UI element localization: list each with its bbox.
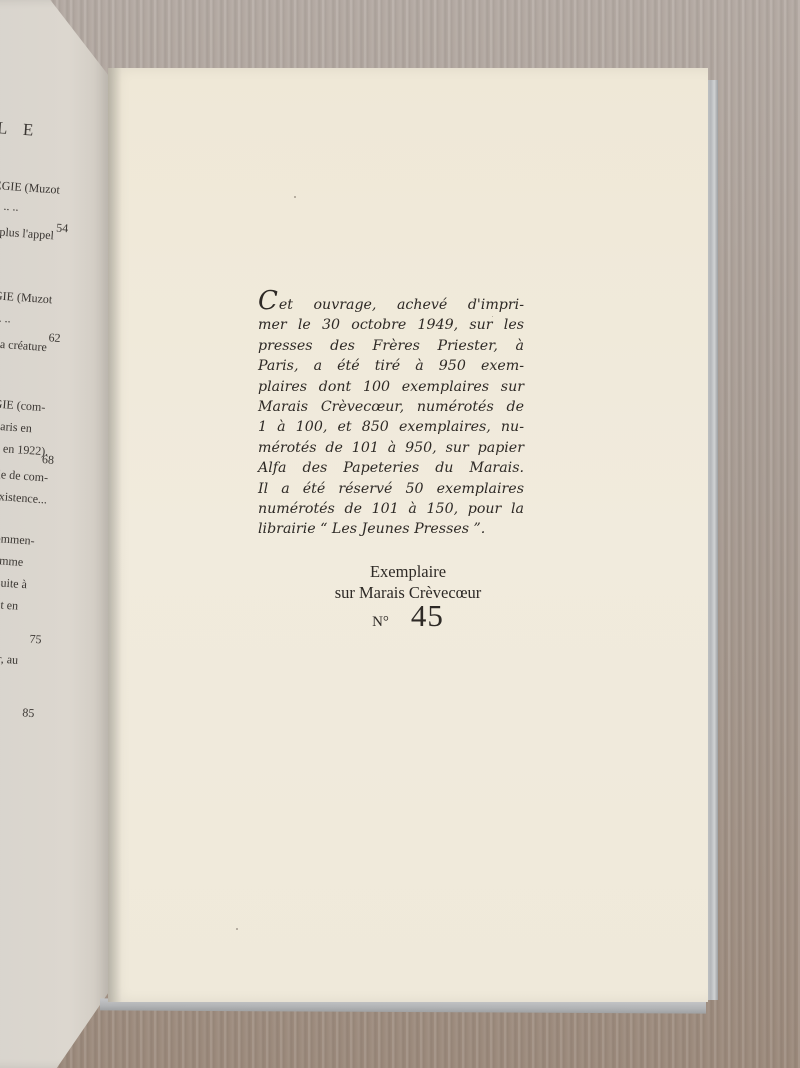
toc-entry-text: Élégie, suite à: [0, 573, 27, 593]
colophon-line: mérotés de 101 à 950, sur papier: [258, 438, 524, 458]
toc-excerpt: rds, la créature: [0, 335, 47, 355]
colophon-line: Alfa des Papeteries du Marais.: [258, 458, 524, 478]
colophon-text: Cet ouvrage, achevé d'impri- mer le 30 o…: [258, 292, 524, 540]
toc-entry-text: ou à Paris en: [0, 417, 32, 436]
toc-leader: .. .. .. ..: [0, 309, 11, 326]
toc-excerpt: se un jour, au: [0, 648, 19, 667]
toc-entry-text: GIE (commen-: [0, 529, 35, 549]
toc-entry-text: LÉGIE (Muzot: [0, 287, 53, 307]
copy-label: Exemplaire: [308, 561, 508, 582]
toc-page-number: 62: [48, 330, 61, 346]
colophon-line: plaires dont 100 exemplaires sur: [258, 377, 524, 397]
colophon-line: presses des Frères Priester, à: [258, 336, 524, 356]
colophon-line: Paris, a été tiré à 950 exem-: [258, 356, 524, 376]
colophon-page: Cet ouvrage, achevé d'impri- mer le 30 o…: [108, 68, 708, 1002]
colophon-line: 1 à 100, et 850 exemplaires, nu-: [258, 417, 524, 437]
toc-entry-text: LÉGIE (Muzot: [0, 178, 60, 198]
toc-heading: L E: [0, 118, 40, 141]
copy-number-block: Exemplaire sur Marais Crèvecœur N° 45: [308, 561, 508, 633]
table-of-contents-fragment: L E LÉGIE (Muzot .. .. .. .. 54 oit plus…: [0, 0, 110, 1068]
copy-paper-label: sur Marais Crèvecœur: [308, 582, 508, 603]
colophon-line: mer le 30 octobre 1949, sur les: [258, 315, 524, 335]
copy-number-row: N° 45: [308, 605, 508, 633]
gutter-shadow: [108, 68, 122, 1002]
paper-speck: [492, 316, 493, 317]
drop-cap: C: [258, 286, 278, 316]
colophon-line: numérotés de 101 à 150, pour la: [258, 499, 524, 519]
toc-entry-text: 1912 comme: [0, 551, 24, 570]
toc-entry-text: ÉLÉGIE (com-: [0, 395, 46, 415]
toc-leader: .. .. .. ..: [0, 198, 19, 215]
toc-entry-text: t à Muzot en: [0, 595, 19, 614]
colophon-line: librairie “ Les Jeunes Presses ”.: [258, 519, 524, 539]
toc-page-number: 54: [56, 220, 69, 236]
copy-number: 45: [411, 605, 444, 626]
paper-speck: [236, 928, 238, 930]
paper-speck: [294, 196, 296, 198]
number-sign: N°: [372, 612, 389, 633]
toc-excerpt: possible de com-: [0, 465, 49, 486]
colophon-line-text: et ouvrage, achevé d'impri-: [279, 297, 524, 313]
toc-excerpt: e de l'existence...: [0, 487, 48, 508]
colophon-line: Cet ouvrage, achevé d'impri-: [258, 292, 524, 315]
colophon-line: Marais Crèvecœur, numérotés de: [258, 397, 524, 417]
toc-page-number: 68: [42, 452, 55, 468]
toc-excerpt: oit plus l'appel: [0, 223, 54, 243]
colophon-line: Il a été réservé 50 exemplaires: [258, 479, 524, 499]
toc-page-number: 75: [29, 632, 42, 648]
left-facing-page: L E LÉGIE (Muzot .. .. .. .. 54 oit plus…: [0, 0, 108, 1068]
toc-page-number: 85: [22, 705, 35, 721]
